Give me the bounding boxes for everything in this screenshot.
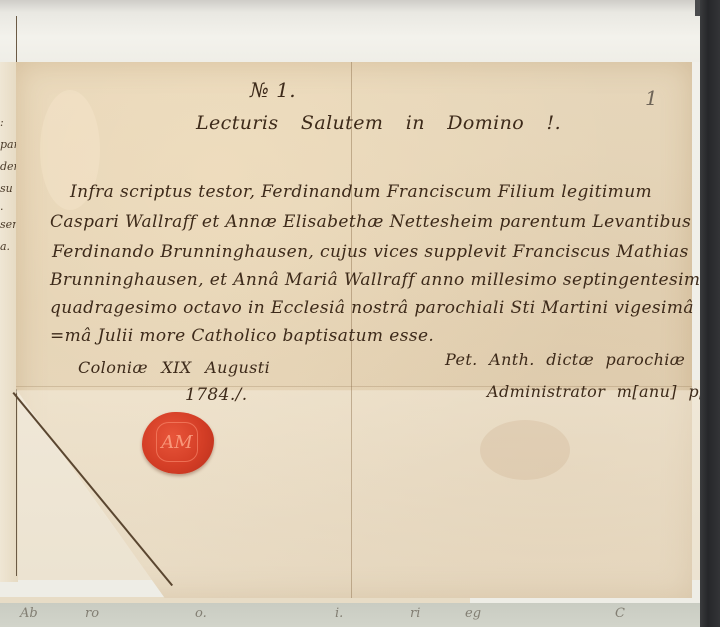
backing-page <box>0 0 700 62</box>
salutation: Lecturis Salutem in Domino !. <box>196 112 561 134</box>
bottom-fragment: Ab <box>20 606 38 621</box>
body-line: quadragesimo octavo in Ecclesiâ nostrâ p… <box>50 298 720 318</box>
signature-line-2: Administrator m[anu] p[ro]p[r]ia./. <box>487 382 720 401</box>
body-line: Ferdinando Brunninghausen, cujus vices s… <box>52 242 689 262</box>
bottom-fragment: C <box>615 606 625 621</box>
place-date: Coloniæ XIX Augusti <box>78 358 270 377</box>
bottom-fragment: i. <box>335 606 343 621</box>
body-line: =mâ Julii more Catholico baptisatum esse… <box>50 326 434 346</box>
body-line: Brunninghausen, et Annâ Mariâ Wallraff a… <box>50 270 711 290</box>
bottom-paper <box>0 603 700 627</box>
signature-line-1: Pet. Anth. dictæ parochiæ <box>445 350 685 369</box>
left-fragment: ser <box>0 218 17 231</box>
body-line: Caspari Wallraff et Annæ Elisabethæ Nett… <box>50 212 691 232</box>
left-fragment: : <box>0 116 4 129</box>
paper-stain <box>480 420 570 480</box>
left-fragment: su <box>0 182 13 195</box>
year: 1784./. <box>185 385 248 405</box>
document-photo: : par den su . ser a. Ab ro o. i. ri eg … <box>0 0 720 627</box>
left-fragment: a. <box>0 240 10 253</box>
bottom-fragment: ri <box>410 606 420 621</box>
pencil-page-number: 1 <box>645 86 658 110</box>
body-line: Infra scriptus testor, Ferdinandum Franc… <box>70 182 652 202</box>
bottom-fragment: eg <box>465 606 481 621</box>
bottom-fragment: o. <box>195 606 207 621</box>
seal-monogram: AM <box>156 422 198 462</box>
left-fragment: . <box>0 200 4 213</box>
wax-seal: AM <box>142 412 214 474</box>
document-number: № 1. <box>250 78 296 102</box>
binder-spine <box>700 0 720 627</box>
bottom-fragment: ro <box>85 606 99 621</box>
